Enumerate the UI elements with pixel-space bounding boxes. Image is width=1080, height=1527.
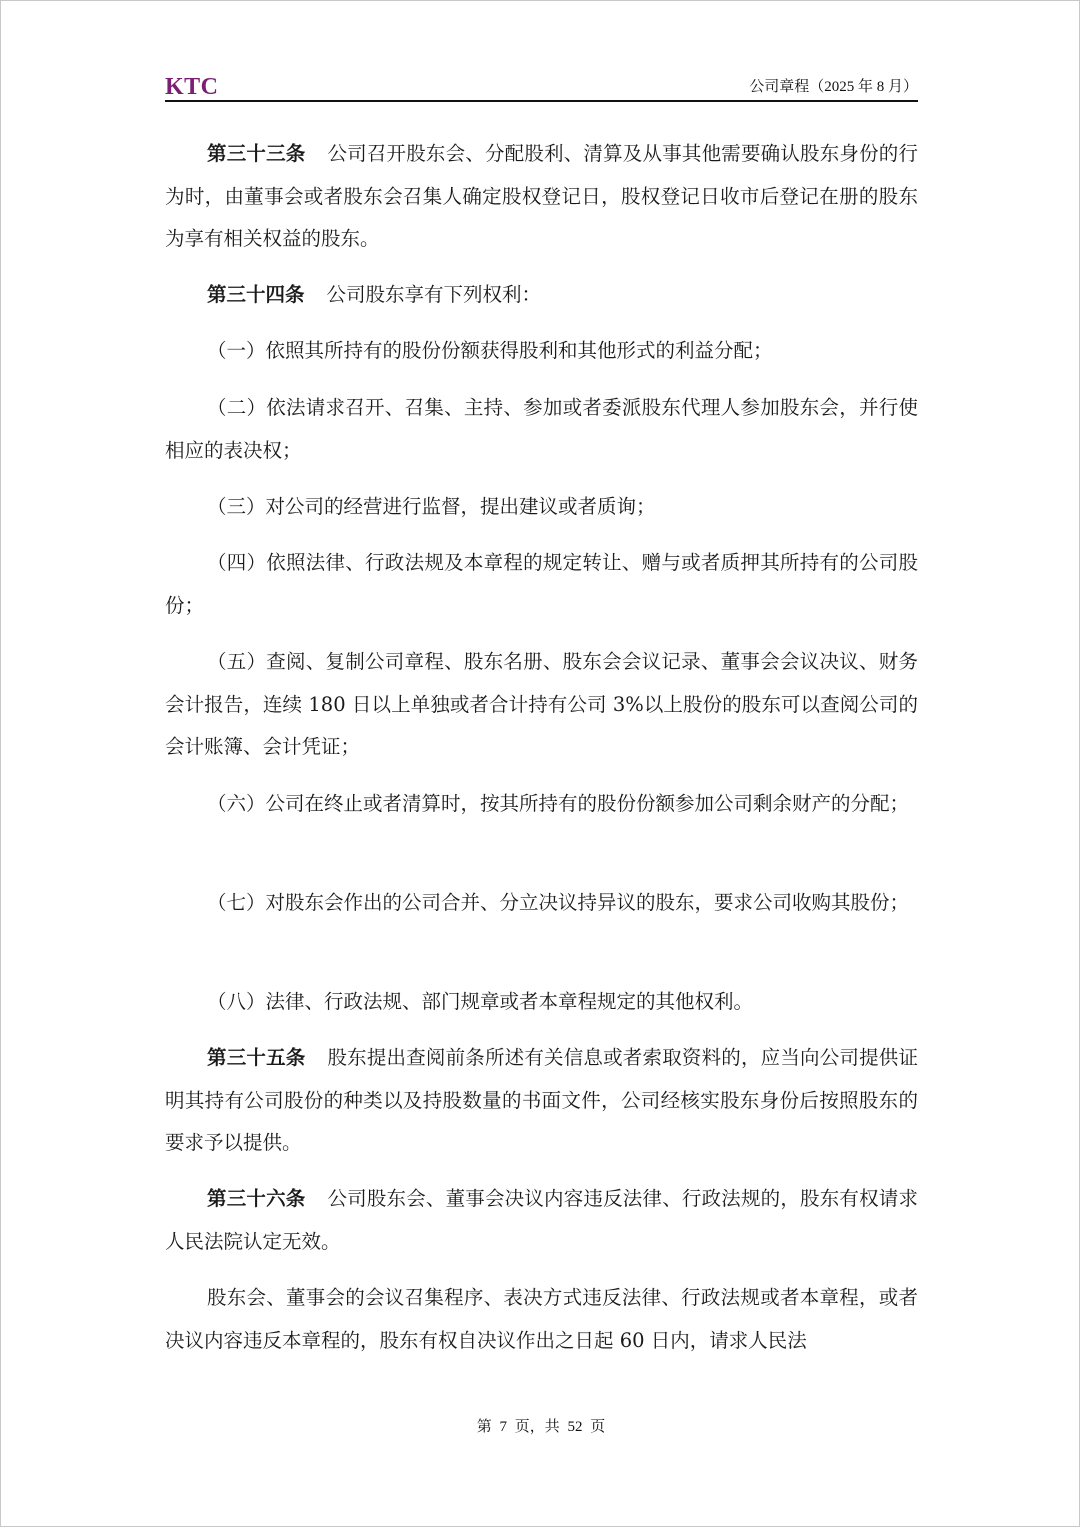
- article-34: 第三十四条公司股东享有下列权利：: [165, 274, 918, 317]
- page-header: KTC 公司章程（2025 年 8 月）: [165, 73, 918, 101]
- list-item: （六）公司在终止或者清算时，按其所持有的股份份额参加公司剩余财产的分配；: [165, 783, 918, 826]
- list-item: （七）对股东会作出的公司合并、分立决议持异议的股东，要求公司收购其股份；: [165, 882, 918, 925]
- article-number: 第三十六条: [207, 1187, 305, 1210]
- company-logo: KTC: [165, 73, 219, 101]
- article-35: 第三十五条股东提出查阅前条所述有关信息或者索取资料的，应当向公司提供证明其持有公…: [165, 1037, 918, 1165]
- page-number: 第 7 页，共 52 页: [1, 1415, 1080, 1436]
- header-divider: [165, 100, 918, 102]
- article-number: 第三十四条: [207, 283, 305, 306]
- list-item: （三）对公司的经营进行监督，提出建议或者质询；: [165, 486, 918, 529]
- document-title: 公司章程（2025 年 8 月）: [749, 77, 918, 97]
- list-item: （一）依照其所持有的股份份额获得股利和其他形式的利益分配；: [165, 330, 918, 373]
- article-33: 第三十三条公司召开股东会、分配股利、清算及从事其他需要确认股东身份的行为时，由董…: [165, 133, 918, 261]
- article-text: 公司股东享有下列权利：: [327, 283, 542, 306]
- list-item: （八）法律、行政法规、部门规章或者本章程规定的其他权利。: [165, 981, 918, 1024]
- article-36-continuation: 股东会、董事会的会议召集程序、表决方式违反法律、行政法规或者本章程，或者决议内容…: [165, 1277, 918, 1362]
- document-page: KTC 公司章程（2025 年 8 月） 第三十三条公司召开股东会、分配股利、清…: [0, 0, 1080, 1527]
- article-number: 第三十五条: [207, 1046, 305, 1069]
- article-36: 第三十六条公司股东会、董事会决议内容违反法律、行政法规的，股东有权请求人民法院认…: [165, 1178, 918, 1263]
- list-item: （五）查阅、复制公司章程、股东名册、股东会会议记录、董事会会议决议、财务会计报告…: [165, 641, 918, 769]
- list-item: （四）依照法律、行政法规及本章程的规定转让、赠与或者质押其所持有的公司股份；: [165, 542, 918, 627]
- article-number: 第三十三条: [207, 142, 305, 165]
- list-item: （二）依法请求召开、召集、主持、参加或者委派股东代理人参加股东会，并行使相应的表…: [165, 387, 918, 472]
